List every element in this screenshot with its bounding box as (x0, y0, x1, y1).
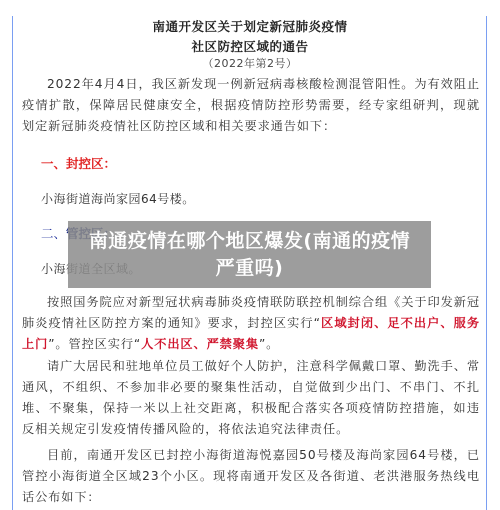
advice-paragraph: 请广大居民和驻地单位员工做好个人防护，注意科学佩戴口罩、勤洗手、常通风，不组织、… (22, 356, 480, 440)
caption-text: 南通疫情在哪个地区爆发(南通的疫情严重吗) (80, 228, 420, 282)
section1-content: 小海街道海尚家园64号楼。 (41, 190, 195, 207)
requirements-text-3: ”。 (259, 337, 279, 351)
requirements-paragraph: 按照国务院应对新型冠状病毒肺炎疫情联防联控机制综合组《关于印发新冠肺炎疫情社区防… (22, 292, 480, 355)
caption-overlay: 南通疫情在哪个地区爆发(南通的疫情严重吗) (68, 221, 431, 288)
section1-heading: 一、封控区： (41, 154, 116, 172)
notice-title-line2: 社区防控区域的通告 (0, 37, 500, 55)
intro-paragraph: 2022年4月4日，我区新发现一例新冠病毒核酸检测混管阳性。为有效阻止疫情扩散，… (22, 74, 480, 137)
notice-title-line1: 南通开发区关于划定新冠肺炎疫情 (0, 17, 500, 35)
requirements-text-2: ”。管控区实行“ (48, 337, 141, 351)
section2-prefix: 二、 (41, 226, 66, 241)
notice-number: （2022年第2号） (0, 55, 500, 71)
control-measures: 人不出区、严禁聚集 (141, 337, 259, 351)
status-paragraph: 目前，南通开发区已封控小海街道海悦嘉园50号楼及海尚家园64号楼，已管控小海街道… (22, 445, 480, 508)
